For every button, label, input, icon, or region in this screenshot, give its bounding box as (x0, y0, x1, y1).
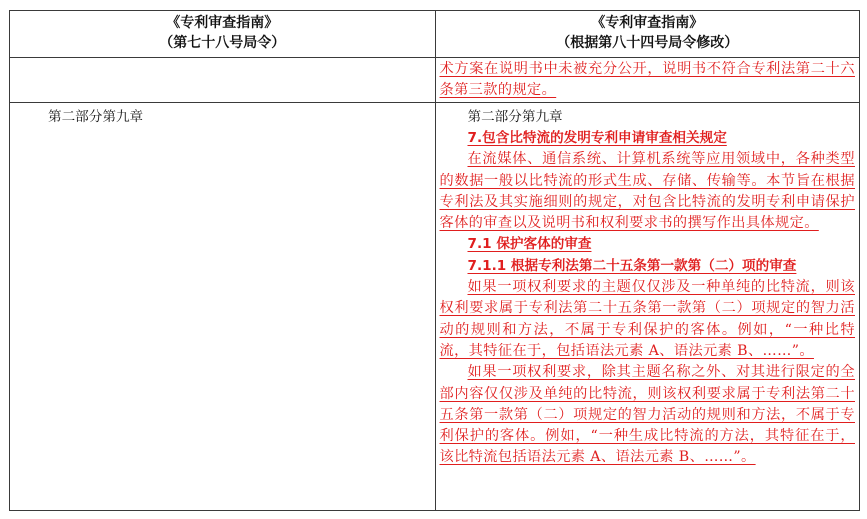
chapter-row: 第二部分第九章 第二部分第九章 7.包含比特流的发明专利申请审查相关规定 在流媒… (10, 103, 860, 511)
header-old-version: 《专利审查指南》 （第七十八号局令） (10, 11, 436, 58)
header-row: 《专利审查指南》 （第七十八号局令） 《专利审查指南》 （根据第八十四号局令修改… (10, 11, 860, 58)
chapter-right-cell: 第二部分第九章 7.包含比特流的发明专利申请审查相关规定 在流媒体、通信系统、计… (435, 103, 860, 511)
continuation-left-cell (10, 58, 436, 103)
section-title: 7.包含比特流的发明专利申请审查相关规定 (468, 130, 727, 146)
subsubsection-title: 7.1.1 根据专利法第二十五条第一款第（二）项的审查 (468, 258, 797, 274)
left-chapter-label: 第二部分第九章 (10, 103, 435, 128)
continuation-right-cell: 术方案在说明书中未被充分公开，说明书不符合专利法第二十六条第三款的规定。 (435, 58, 860, 103)
paragraph-2: 如果一项权利要求，除其主题名称之外、对其进行限定的全部内容仅仅涉及单纯的比特流，… (440, 364, 856, 465)
continuation-row: 术方案在说明书中未被充分公开，说明书不符合专利法第二十六条第三款的规定。 (10, 58, 860, 103)
right-chapter-label: 第二部分第九章 (440, 103, 856, 128)
section-intro: 在流媒体、通信系统、计算机系统等应用领域中，各种类型的数据一般以比特流的形式生成… (440, 151, 856, 231)
header-new-title: 《专利审查指南》 (436, 13, 860, 33)
paragraph-1: 如果一项权利要求的主题仅仅涉及一种单纯的比特流，则该权利要求属于专利法第二十五条… (440, 279, 856, 359)
continuation-left-text (10, 58, 435, 59)
header-new-version: 《专利审查指南》 （根据第八十四号局令修改） (435, 11, 860, 58)
continuation-right-text: 术方案在说明书中未被充分公开，说明书不符合专利法第二十六条第三款的规定。 (440, 61, 856, 98)
header-old-title: 《专利审查指南》 (10, 13, 435, 33)
chapter-left-cell: 第二部分第九章 (10, 103, 436, 511)
header-old-subtitle: （第七十八号局令） (10, 33, 435, 53)
comparison-table: 《专利审查指南》 （第七十八号局令） 《专利审查指南》 （根据第八十四号局令修改… (9, 10, 860, 511)
subsection-title: 7.1 保护客体的审查 (468, 236, 592, 252)
header-new-subtitle: （根据第八十四号局令修改） (436, 33, 860, 53)
